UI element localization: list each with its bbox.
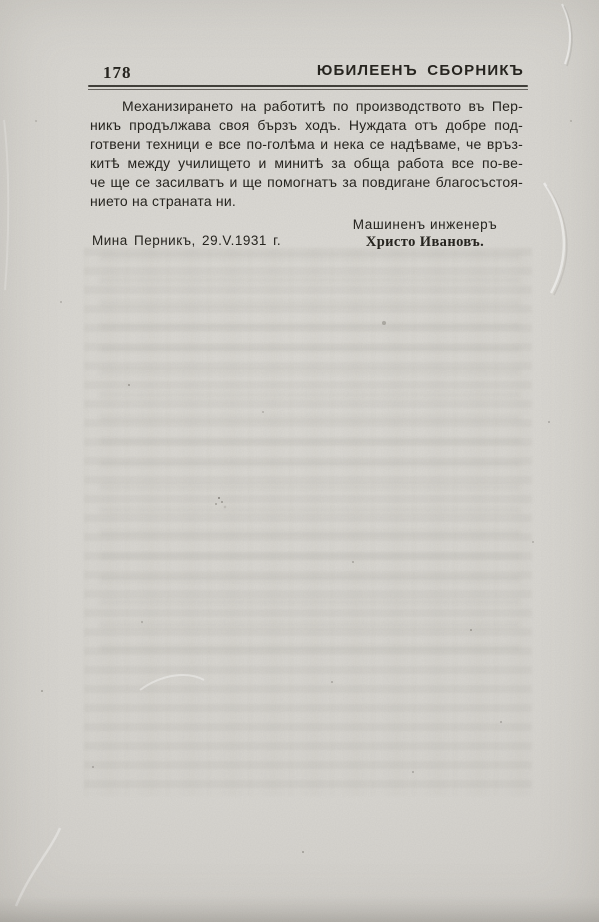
bleedthrough-text-ghost-secondary (100, 254, 520, 654)
paragraph-line: нието на страната ни. (90, 192, 523, 211)
paragraph-line: никъ продължава своя бързъ ходъ. Нуждата… (90, 116, 523, 135)
scanned-book-page: 178 ЮБИЛЕЕНЪ СБОРНИКЪ Механизирането на … (0, 0, 599, 922)
paragraph-line: китѣ между училището и минитѣ за обща ра… (90, 154, 523, 173)
paper-speckles (0, 0, 2, 2)
dateline: Мина Перникъ, 29.V.1931 г. (92, 233, 281, 248)
paragraph-block: Механизирането на работитѣ по производст… (90, 97, 523, 211)
paragraph-line: готвени техници е все по-голѣма и нека с… (90, 135, 523, 154)
running-title: ЮБИЛЕЕНЪ СБОРНИКЪ (317, 62, 524, 79)
signature-block: Машиненъ инженеръ Христо Ивановъ. (340, 217, 510, 251)
signature-role: Машиненъ инженеръ (340, 217, 510, 232)
bleedthrough-text-ghost (84, 248, 532, 796)
page-edge-shadow (0, 896, 599, 922)
page-number: 178 (103, 63, 132, 83)
signature-name: Христо Ивановъ. (340, 234, 510, 251)
paragraph-line: че ще се засилватъ и ще помогнатъ за пов… (90, 173, 523, 192)
header-rule-thick-line (88, 85, 528, 87)
page-header: 178 ЮБИЛЕЕНЪ СБОРНИКЪ (88, 60, 528, 84)
paragraph-line: Механизирането на работитѣ по производст… (90, 97, 523, 116)
header-rule-thin-line (88, 89, 528, 90)
header-rule (88, 85, 528, 90)
